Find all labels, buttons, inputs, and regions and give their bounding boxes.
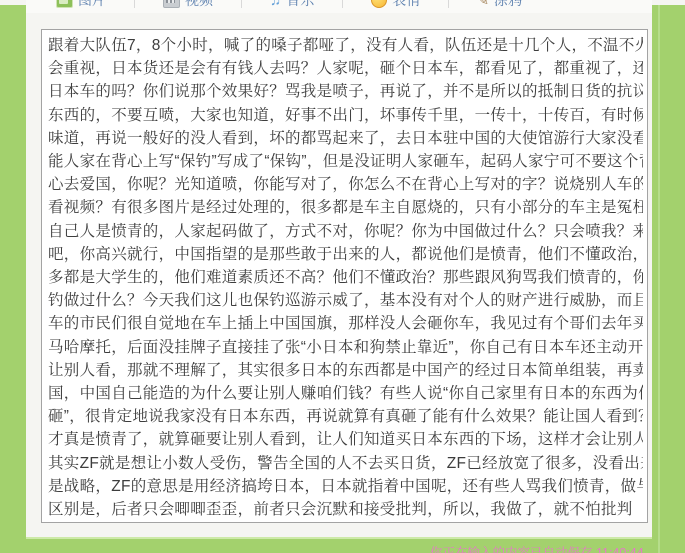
toolbar-item-emoticon[interactable]: 表情	[371, 0, 420, 10]
toolbar-item-video[interactable]: 视频	[163, 0, 213, 10]
text-line: 是战略，ZF的意思是用经济搞垮日本，日本就指着中国呢，还有些人骂我们愤青，做与不…	[48, 475, 643, 498]
text-line: 会重视，日本货还是会有有钱人去吗？人家呢，砸个日本车，都看见了，都重视了，还有敢…	[48, 57, 643, 80]
frame-inner-line	[26, 537, 652, 539]
text-line: 跟着大队伍7，8个小时，喊了的嗓子都哑了，没有人看，队伍还是十几个人，不温不火，…	[48, 34, 643, 57]
text-line: 马哈摩托，后面没挂牌子直接挂了张“小日本和狗禁止靠近”，你自己有日本车还主动开出…	[48, 336, 643, 359]
toolbar-item-label: 图片	[78, 0, 106, 10]
qzone-blog-editor-page: { "toolbar": { "items": [ { "label": "图片…	[0, 0, 685, 553]
text-line: 东西的，不要互喷，大家也知道，好事不出门，坏事传千里，一传十，十传百，有时候会变…	[48, 104, 643, 127]
toolbar-item-label: 表情	[392, 0, 420, 10]
doodle-icon: ✎	[477, 0, 489, 7]
page-frame-right	[652, 5, 685, 553]
frame-inner-line	[658, 5, 660, 553]
text-line: 钓做过什么？今天我们这儿也保钓巡游示威了，基本没有对个人的财产进行威胁，而且有日…	[48, 289, 643, 312]
text-line: 看视频？有很多图片是经过处理的，很多都是车主自愿烧的，只有小部分的车主是冤枉的，…	[48, 196, 643, 219]
text-line: 能人家在背心上写“保钓”写成了“保钩”，但是没证明人家砸车，起码人家宁可不要这个…	[48, 150, 643, 173]
text-line: 国，中国自己能造的为什么要让别人赚咱们钱？有些人说“你自己家里有日本的东西为什么…	[48, 382, 643, 405]
editor-content: 跟着大队伍7，8个小时，喊了的嗓子都哑了，没有人看，队伍还是十几个人，不温不火，…	[48, 34, 643, 521]
text-line: 让别人看，那就不理解了，其实很多日本的东西都是中国产的经过日本简单组装，再卖到中	[48, 359, 643, 382]
toolbar-item-picture[interactable]: 图片	[56, 0, 106, 10]
toolbar-divider	[342, 0, 343, 8]
toolbar-divider	[448, 0, 449, 8]
text-line: 味道，再说一般好的没人看到，坏的都骂起来了，去日本驻中国的大使馆游行大家没看吗？…	[48, 127, 643, 150]
text-line: 自己人是愤青的，人家起码做了，方式不对，你呢？你为中国做过什么？只会喷我？来吧，…	[48, 220, 643, 243]
video-icon	[163, 0, 180, 8]
autosave-status: 你正在输入的内容已自动保存 11:40:44	[430, 543, 644, 553]
page-frame-left	[0, 5, 26, 553]
toolbar-divider	[241, 0, 242, 8]
toolbar-item-music[interactable]: ♫ 音乐	[270, 0, 314, 10]
text-line: 区别是，后者只会唧唧歪歪，前者只会沉默和接受批判，所以，我做了，就不怕批判	[48, 498, 643, 521]
text-line: 车的市民们很自觉地在车上插上中国国旗，那样没人会砸你车，我见过有个哥们去年买了辆…	[48, 312, 643, 335]
text-line: 心去爱国，你呢？光知道喷，你能写对了，你怎么不在背心上写对的字？说烧别人车的，你…	[48, 173, 643, 196]
music-icon: ♫	[270, 0, 281, 7]
blog-text-editor[interactable]: 跟着大队伍7，8个小时，喊了的嗓子都哑了，没有人看，队伍还是十几个人，不温不火，…	[41, 29, 648, 523]
toolbar-row: 图片 视频 ♫ 音乐 表情 ✎ 涂鸦	[26, 0, 652, 13]
text-line: 其实ZF就是想让小数人受伤，警告全国的人不去买日货，ZF已经放宽了很多，没看出来…	[48, 452, 643, 475]
toolbar-item-label: 视频	[185, 0, 213, 10]
text-line: 日本车的吗？你们说那个效果好？骂我是喷子，再说了，并不是所以的抵制日货的抗议都是…	[48, 80, 643, 103]
toolbar-item-label: 音乐	[286, 0, 314, 10]
emoticon-icon	[371, 0, 387, 8]
text-line: 多都是大学生的，他们难道素质还不高？他们不懂政治？那些跟风狗骂我们愤青的，你们为…	[48, 266, 643, 289]
picture-icon	[56, 0, 73, 8]
toolbar-divider	[134, 0, 135, 8]
text-line: 吧，你高兴就行，中国指望的是那些敢于出来的人，都说他们是愤青，他们不懂政治，他们…	[48, 243, 643, 266]
editor-toolbar: 图片 视频 ♫ 音乐 表情 ✎ 涂鸦	[26, 0, 652, 13]
toolbar-item-doodle[interactable]: ✎ 涂鸦	[477, 0, 522, 10]
text-line: 才真是愤青了，就算砸要让别人看到，让人们知道买日本东西的下场，这样才会让别人不买…	[48, 428, 643, 451]
toolbar-item-label: 涂鸦	[494, 0, 522, 10]
text-line: 砸”，很肯定地说我家没有日本东西，再说就算有真砸了能有什么效果？能让国人看到？那…	[48, 405, 643, 428]
